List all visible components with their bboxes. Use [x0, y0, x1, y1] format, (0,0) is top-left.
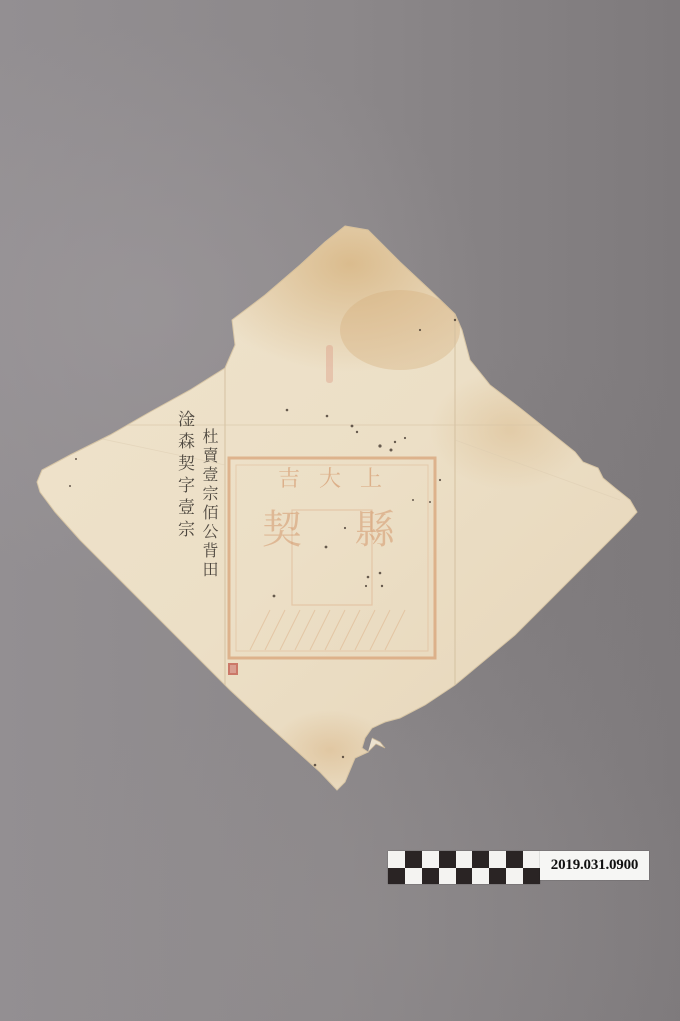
scale-cell	[439, 868, 456, 885]
scale-cell	[388, 868, 405, 885]
stamp-top-row: 吉 大 上	[278, 462, 388, 493]
scale-cell	[456, 851, 473, 868]
scale-cell	[489, 851, 506, 868]
scale-cell	[506, 868, 523, 885]
faint-red-mark	[326, 345, 333, 383]
scale-cell	[523, 851, 540, 868]
scale-cell	[422, 851, 439, 868]
scale-cell	[422, 868, 439, 885]
scale-cell	[489, 868, 506, 885]
scale-cell	[523, 868, 540, 885]
handwritten-inscription-left: 淦森契字壹宗	[172, 410, 197, 560]
scale-cell	[472, 851, 489, 868]
scale-cell	[456, 868, 473, 885]
handwritten-inscription-right: 杜賣壹宗佰公背田	[198, 428, 221, 598]
checkered-scale-bar	[388, 851, 540, 884]
catalog-number-label: 2019.031.0900	[540, 851, 649, 880]
scale-cell	[506, 851, 523, 868]
scale-cell	[405, 868, 422, 885]
scale-cell	[388, 851, 405, 868]
scale-cell	[472, 868, 489, 885]
stamp-center-large: 契 縣	[262, 498, 415, 555]
scale-cell	[405, 851, 422, 868]
scale-cell	[439, 851, 456, 868]
